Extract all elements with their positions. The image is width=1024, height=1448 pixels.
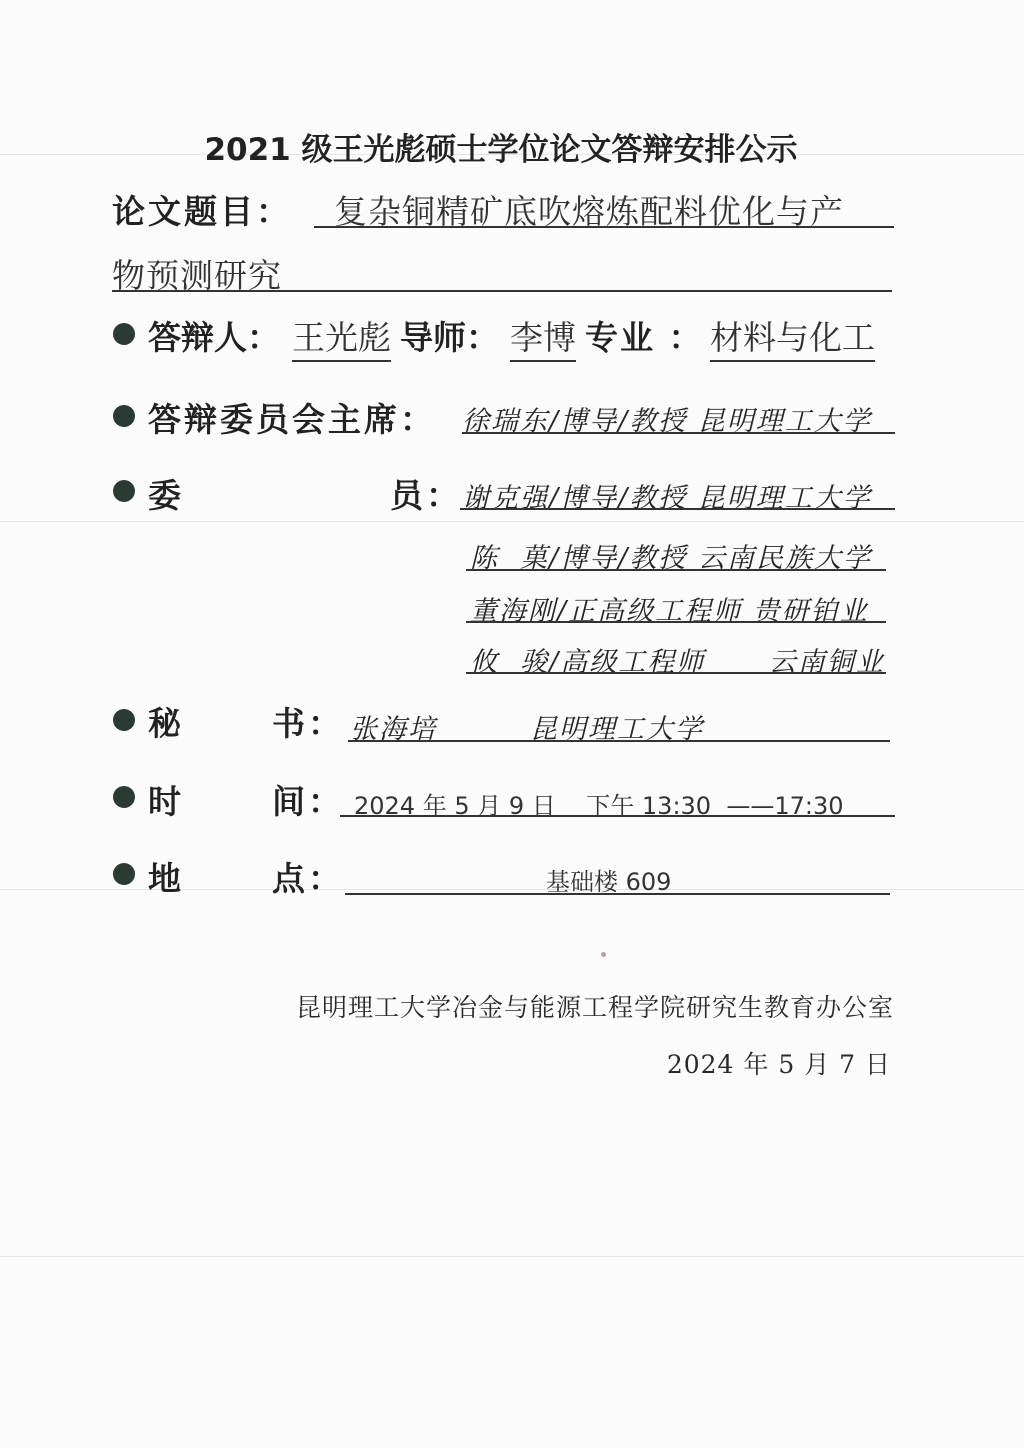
underline bbox=[314, 226, 894, 228]
document-title: 2021 级王光彪硕士学位论文答辩安排公示 bbox=[0, 124, 1002, 169]
members-label-2: 员： bbox=[390, 470, 462, 517]
scan-speck bbox=[601, 952, 606, 957]
bullet-icon bbox=[113, 480, 135, 502]
members-label-1: 委 bbox=[148, 470, 184, 517]
secretary-label-1: 秘 bbox=[148, 698, 184, 745]
bullet-icon bbox=[113, 405, 135, 427]
issuer: 昆明理工大学冶金与能源工程学院研究生教育办公室 bbox=[296, 988, 894, 1024]
underline bbox=[466, 569, 886, 571]
underline bbox=[345, 893, 890, 895]
issue-date: 2024 年 5 月 7 日 bbox=[667, 1045, 891, 1081]
underline bbox=[348, 740, 890, 742]
advisor-name: 李博 bbox=[510, 312, 576, 362]
bullet-icon bbox=[113, 709, 135, 731]
respondent-name: 王光彪 bbox=[292, 312, 391, 362]
underline bbox=[112, 290, 892, 292]
chair-label: 答辩委员会主席： bbox=[148, 394, 436, 441]
scan-artifact bbox=[0, 521, 1024, 522]
bullet-icon bbox=[113, 863, 135, 885]
thesis-label: 论文题目： bbox=[112, 186, 292, 233]
underline bbox=[466, 621, 886, 623]
scan-artifact bbox=[0, 1256, 1024, 1257]
location-value: 基础楼 609 bbox=[546, 862, 671, 897]
underline bbox=[340, 815, 895, 817]
advisor-label: 导师： bbox=[400, 312, 499, 359]
time-label-2: 间： bbox=[272, 776, 344, 823]
location-label-2: 点： bbox=[272, 853, 344, 900]
major-label: 专业 ： bbox=[585, 312, 704, 359]
underline bbox=[460, 508, 895, 510]
bullet-icon bbox=[113, 323, 135, 345]
secretary-label-2: 书： bbox=[272, 698, 344, 745]
time-label-1: 时 bbox=[148, 776, 184, 823]
respondent-label: 答辩人： bbox=[148, 312, 280, 359]
major-value: 材料与化工 bbox=[710, 312, 875, 362]
bullet-icon bbox=[113, 786, 135, 808]
underline bbox=[466, 672, 886, 674]
underline bbox=[462, 432, 895, 434]
location-label-1: 地 bbox=[148, 853, 184, 900]
